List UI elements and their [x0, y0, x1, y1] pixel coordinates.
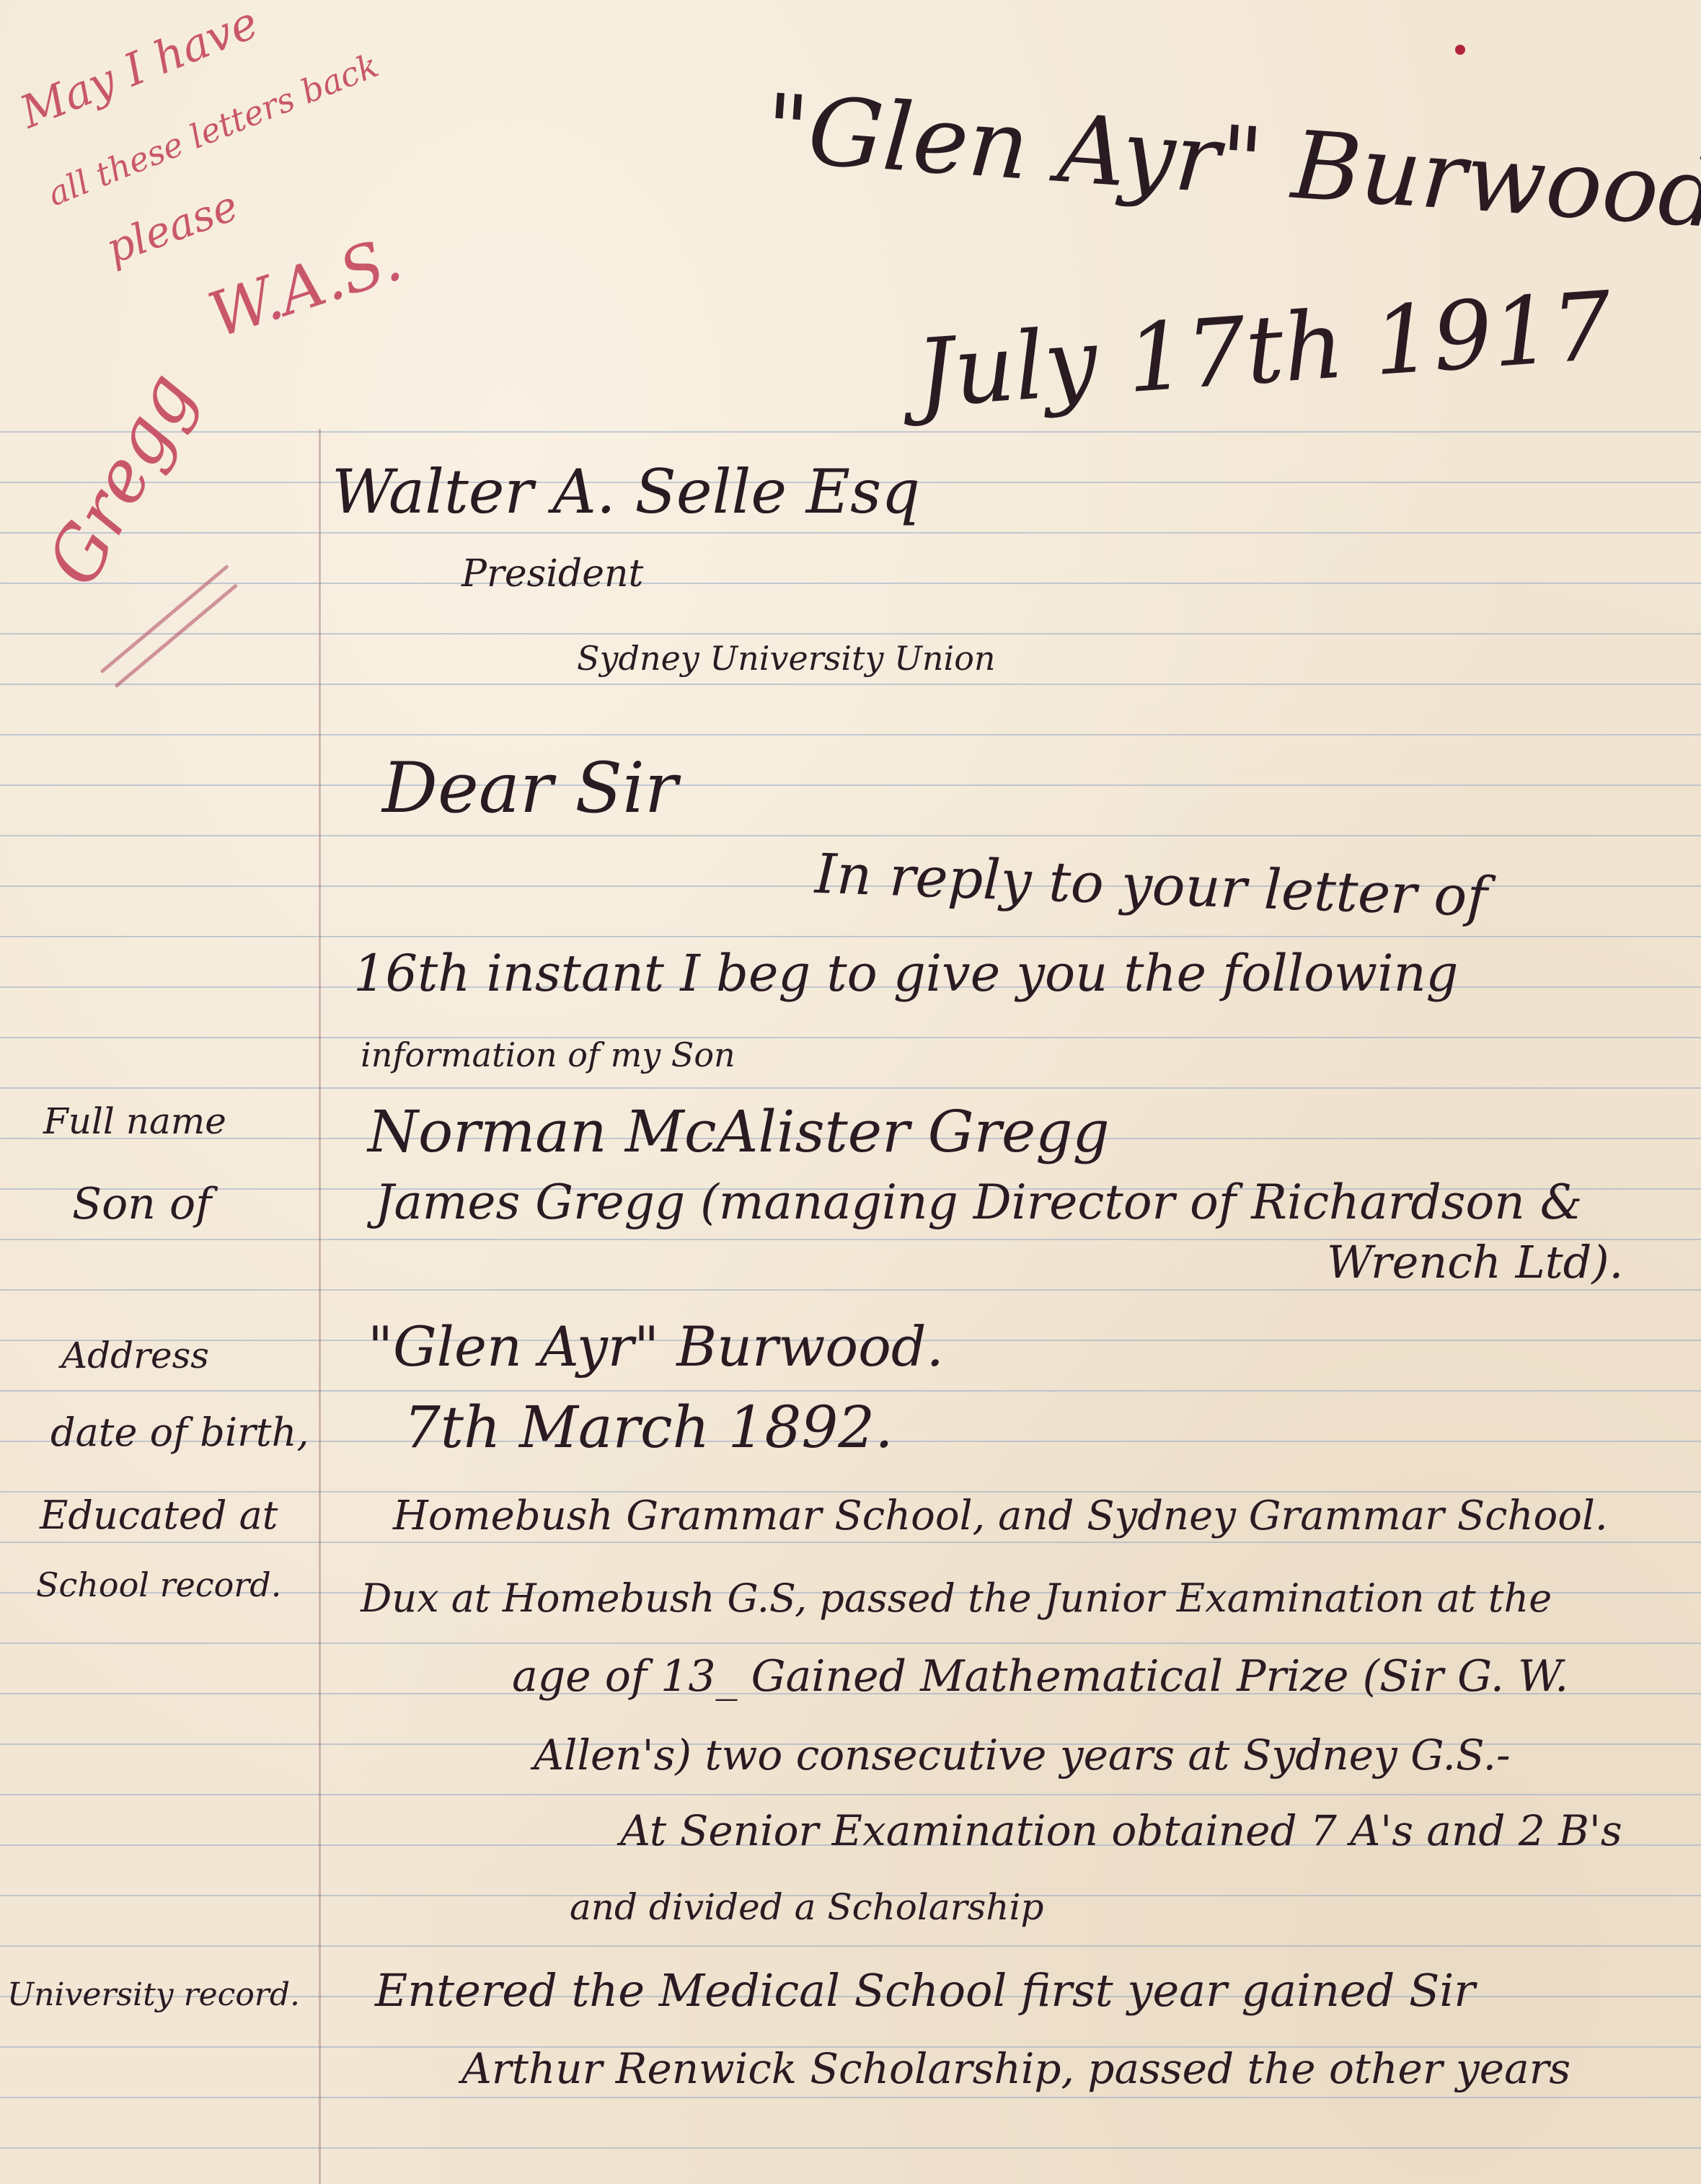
recipient-title: President — [461, 555, 643, 593]
margin-label-full-name: Full name — [43, 1103, 226, 1139]
date-of-birth-value: 7th March 1892. — [404, 1399, 893, 1456]
ink-dot — [1455, 45, 1465, 55]
margin-label-date-of-birth: date of birth, — [50, 1413, 309, 1452]
margin-label-son-of: Son of — [72, 1182, 211, 1226]
address-value: "Glen Ayr" Burwood. — [368, 1319, 944, 1374]
university-record-line-2: Arthur Renwick Scholarship, passed the o… — [461, 2048, 1570, 2090]
margin-label-university-record: University record. — [7, 1979, 300, 2011]
salutation: Dear Sir — [382, 753, 678, 823]
school-record-line-4: At Senior Examination obtained 7 A's and… — [620, 1810, 1622, 1852]
margin-line — [319, 429, 321, 2184]
university-record-line-1: Entered the Medical School first year ga… — [375, 1968, 1475, 2013]
son-of-value: James Gregg (managing Director of Richar… — [375, 1179, 1583, 1226]
school-record-line-1: Dux at Homebush G.S, passed the Junior E… — [361, 1579, 1552, 1618]
margin-label-address: Address — [61, 1338, 209, 1374]
recipient-name: Walter A. Selle Esq — [332, 461, 920, 522]
school-record-line-2: age of 13_ Gained Mathematical Prize (Si… — [512, 1655, 1568, 1698]
full-name-value: Norman McAlister Gregg — [368, 1103, 1110, 1161]
school-record-line-5: and divided a Scholarship — [570, 1889, 1043, 1925]
margin-label-educated-at: Educated at — [40, 1496, 278, 1535]
educated-at-value: Homebush Grammar School, and Sydney Gram… — [393, 1496, 1608, 1537]
body-intro-line-3: information of my Son — [361, 1038, 735, 1071]
recipient-organization: Sydney University Union — [577, 642, 996, 675]
son-of-value-cont: Wrench Ltd). — [1327, 1240, 1623, 1285]
school-record-line-3: Allen's) two consecutive years at Sydney… — [534, 1734, 1511, 1776]
margin-label-school-record: School record. — [36, 1568, 281, 1601]
body-intro-line-2: 16th instant I beg to give you the follo… — [353, 948, 1458, 999]
